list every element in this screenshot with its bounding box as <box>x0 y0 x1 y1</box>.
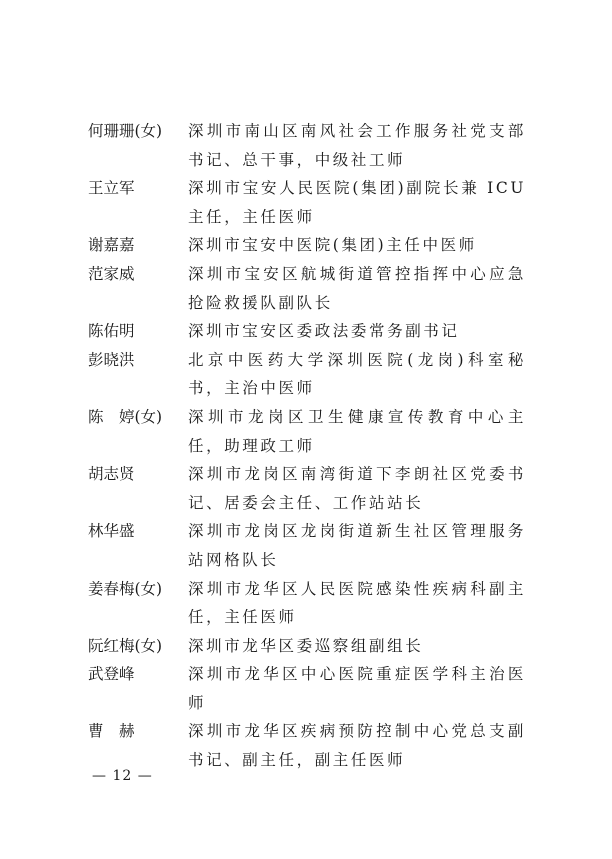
person-name: 阮红梅(女) <box>88 632 188 661</box>
list-item: 何珊珊(女) 深圳市南山区南风社会工作服务社党支部书记、总干事，中级社工师 <box>88 117 528 174</box>
person-name: 陈佑明 <box>88 317 188 346</box>
list-item: 陈佑明 深圳市宝安区委政法委常务副书记 <box>88 317 528 346</box>
person-title: 深圳市龙华区委巡察组副组长 <box>188 632 526 661</box>
person-name: 陈 婷(女) <box>88 403 188 432</box>
person-title: 深圳市龙华区疾病预防控制中心党总支副书记、副主任，副主任医师 <box>188 717 526 774</box>
person-title: 深圳市龙岗区南湾街道下李朗社区党委书记、居委会主任、工作站站长 <box>188 460 526 517</box>
person-name: 范家威 <box>88 260 188 289</box>
person-name: 姜春梅(女) <box>88 575 188 604</box>
person-title: 深圳市龙华区中心医院重症医学科主治医师 <box>188 660 526 717</box>
document-page: 何珊珊(女) 深圳市南山区南风社会工作服务社党支部书记、总干事，中级社工师 王立… <box>0 0 612 859</box>
person-title: 深圳市宝安区航城街道管控指挥中心应急抢险救援队副队长 <box>188 260 526 317</box>
person-title: 深圳市龙岗区卫生健康宣传教育中心主任，助理政工师 <box>188 403 526 460</box>
person-name: 林华盛 <box>88 517 188 546</box>
person-name: 胡志贤 <box>88 460 188 489</box>
person-name: 谢嘉嘉 <box>88 231 188 260</box>
list-item: 姜春梅(女) 深圳市龙华区人民医院感染性疾病科副主任，主任医师 <box>88 575 528 632</box>
person-name: 武登峰 <box>88 660 188 689</box>
person-title: 深圳市宝安中医院(集团)主任中医师 <box>188 231 526 260</box>
person-title: 深圳市龙岗区龙岗街道新生社区管理服务站网格队长 <box>188 517 526 574</box>
list-item: 陈 婷(女) 深圳市龙岗区卫生健康宣传教育中心主任，助理政工师 <box>88 403 528 460</box>
list-item: 林华盛 深圳市龙岗区龙岗街道新生社区管理服务站网格队长 <box>88 517 528 574</box>
page-number: — 12 — <box>92 768 153 784</box>
person-title: 北京中医药大学深圳医院(龙岗)科室秘书，主治中医师 <box>188 346 526 403</box>
list-item: 彭晓洪 北京中医药大学深圳医院(龙岗)科室秘书，主治中医师 <box>88 346 528 403</box>
list-item: 曹 赫 深圳市龙华区疾病预防控制中心党总支副书记、副主任，副主任医师 <box>88 717 528 774</box>
list-item: 范家威 深圳市宝安区航城街道管控指挥中心应急抢险救援队副队长 <box>88 260 528 317</box>
list-item: 武登峰 深圳市龙华区中心医院重症医学科主治医师 <box>88 660 528 717</box>
person-title: 深圳市宝安人民医院(集团)副院长兼 ICU 主任，主任医师 <box>188 174 526 231</box>
person-title: 深圳市宝安区委政法委常务副书记 <box>188 317 526 346</box>
list-item: 胡志贤 深圳市龙岗区南湾街道下李朗社区党委书记、居委会主任、工作站站长 <box>88 460 528 517</box>
person-name: 何珊珊(女) <box>88 117 188 146</box>
person-name: 王立军 <box>88 174 188 203</box>
list-item: 王立军 深圳市宝安人民医院(集团)副院长兼 ICU 主任，主任医师 <box>88 174 528 231</box>
person-title: 深圳市南山区南风社会工作服务社党支部书记、总干事，中级社工师 <box>188 117 526 174</box>
list-item: 阮红梅(女) 深圳市龙华区委巡察组副组长 <box>88 632 528 661</box>
person-name: 曹 赫 <box>88 717 188 746</box>
person-title: 深圳市龙华区人民医院感染性疾病科副主任，主任医师 <box>188 575 526 632</box>
person-name: 彭晓洪 <box>88 346 188 375</box>
list-item: 谢嘉嘉 深圳市宝安中医院(集团)主任中医师 <box>88 231 528 260</box>
honoree-list: 何珊珊(女) 深圳市南山区南风社会工作服务社党支部书记、总干事，中级社工师 王立… <box>88 117 528 775</box>
